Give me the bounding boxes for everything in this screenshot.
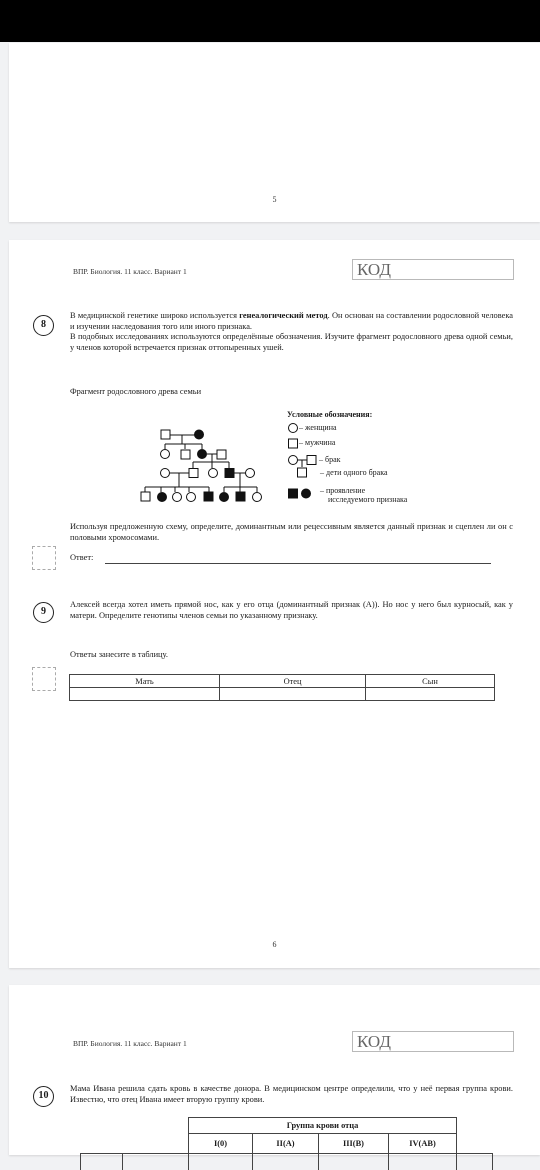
header-group-2: II(A) [253, 1134, 319, 1154]
question-10-text: Мама Ивана решила сдать кровь в качестве… [70, 1084, 513, 1105]
legend-female: – женщина [299, 423, 337, 432]
header-group-4: IV(AB) [389, 1134, 457, 1154]
cell-mother[interactable] [70, 688, 220, 701]
genotype-table: Мать Отец Сын [69, 674, 495, 701]
question-number-8: 8 [33, 315, 54, 336]
question-8-task: Используя предложенную схему, определите… [70, 522, 513, 543]
question-9-instruction: Ответы занесите в таблицу. [70, 650, 513, 661]
cell-father[interactable] [220, 688, 366, 701]
page-number: 5 [9, 195, 540, 204]
header-mother: Мать [70, 675, 220, 688]
answer-label: Ответ: [70, 553, 110, 564]
question-number-10: 10 [33, 1086, 54, 1107]
pedigree-chart [129, 420, 279, 512]
document-page-5: 5 [9, 43, 540, 222]
code-box[interactable]: КОД [352, 1031, 514, 1052]
score-box-9 [32, 667, 56, 691]
legend-title: Условные обозначения: [287, 410, 372, 419]
header-group-3: III(B) [319, 1134, 389, 1154]
page-number: 6 [9, 940, 540, 949]
cell-son[interactable] [366, 688, 495, 701]
question-8-paragraph: В подобных исследованиях используются оп… [70, 332, 513, 352]
legend-trait-line2: исследуемого признака [328, 495, 407, 504]
legend-male: – мужчина [299, 438, 335, 447]
header-group-1: I(0) [189, 1134, 253, 1154]
header-title: ВПР. Биология. 11 класс. Вариант 1 [73, 1039, 187, 1048]
blood-group-table: Группа крови отца I(0) II(A) III(B) IV(A… [80, 1117, 493, 1170]
header-son: Сын [366, 675, 495, 688]
top-status-bar [0, 0, 540, 42]
header-title: ВПР. Биология. 11 класс. Вариант 1 [73, 267, 187, 276]
legend-trait: – проявление [320, 486, 365, 495]
question-8-intro: В медицинской генетике широко использует… [70, 311, 513, 353]
question-9-text: Алексей всегда хотел иметь прямой нос, к… [70, 600, 513, 621]
code-box[interactable]: КОД [352, 259, 514, 280]
document-page-7: ВПР. Биология. 11 класс. Вариант 1 КОД 1… [9, 985, 540, 1155]
score-box-8 [32, 546, 56, 570]
document-page-6: ВПР. Биология. 11 класс. Вариант 1 КОД 8… [9, 240, 540, 968]
father-blood-group-header: Группа крови отца [189, 1118, 457, 1134]
figure-caption: Фрагмент родословного древа семьи [70, 387, 513, 398]
legend-children: – дети одного брака [320, 468, 388, 477]
answer-input-8[interactable] [105, 563, 491, 564]
question-number-9: 9 [33, 602, 54, 623]
legend-marriage: – брак [319, 455, 341, 464]
header-father: Отец [220, 675, 366, 688]
